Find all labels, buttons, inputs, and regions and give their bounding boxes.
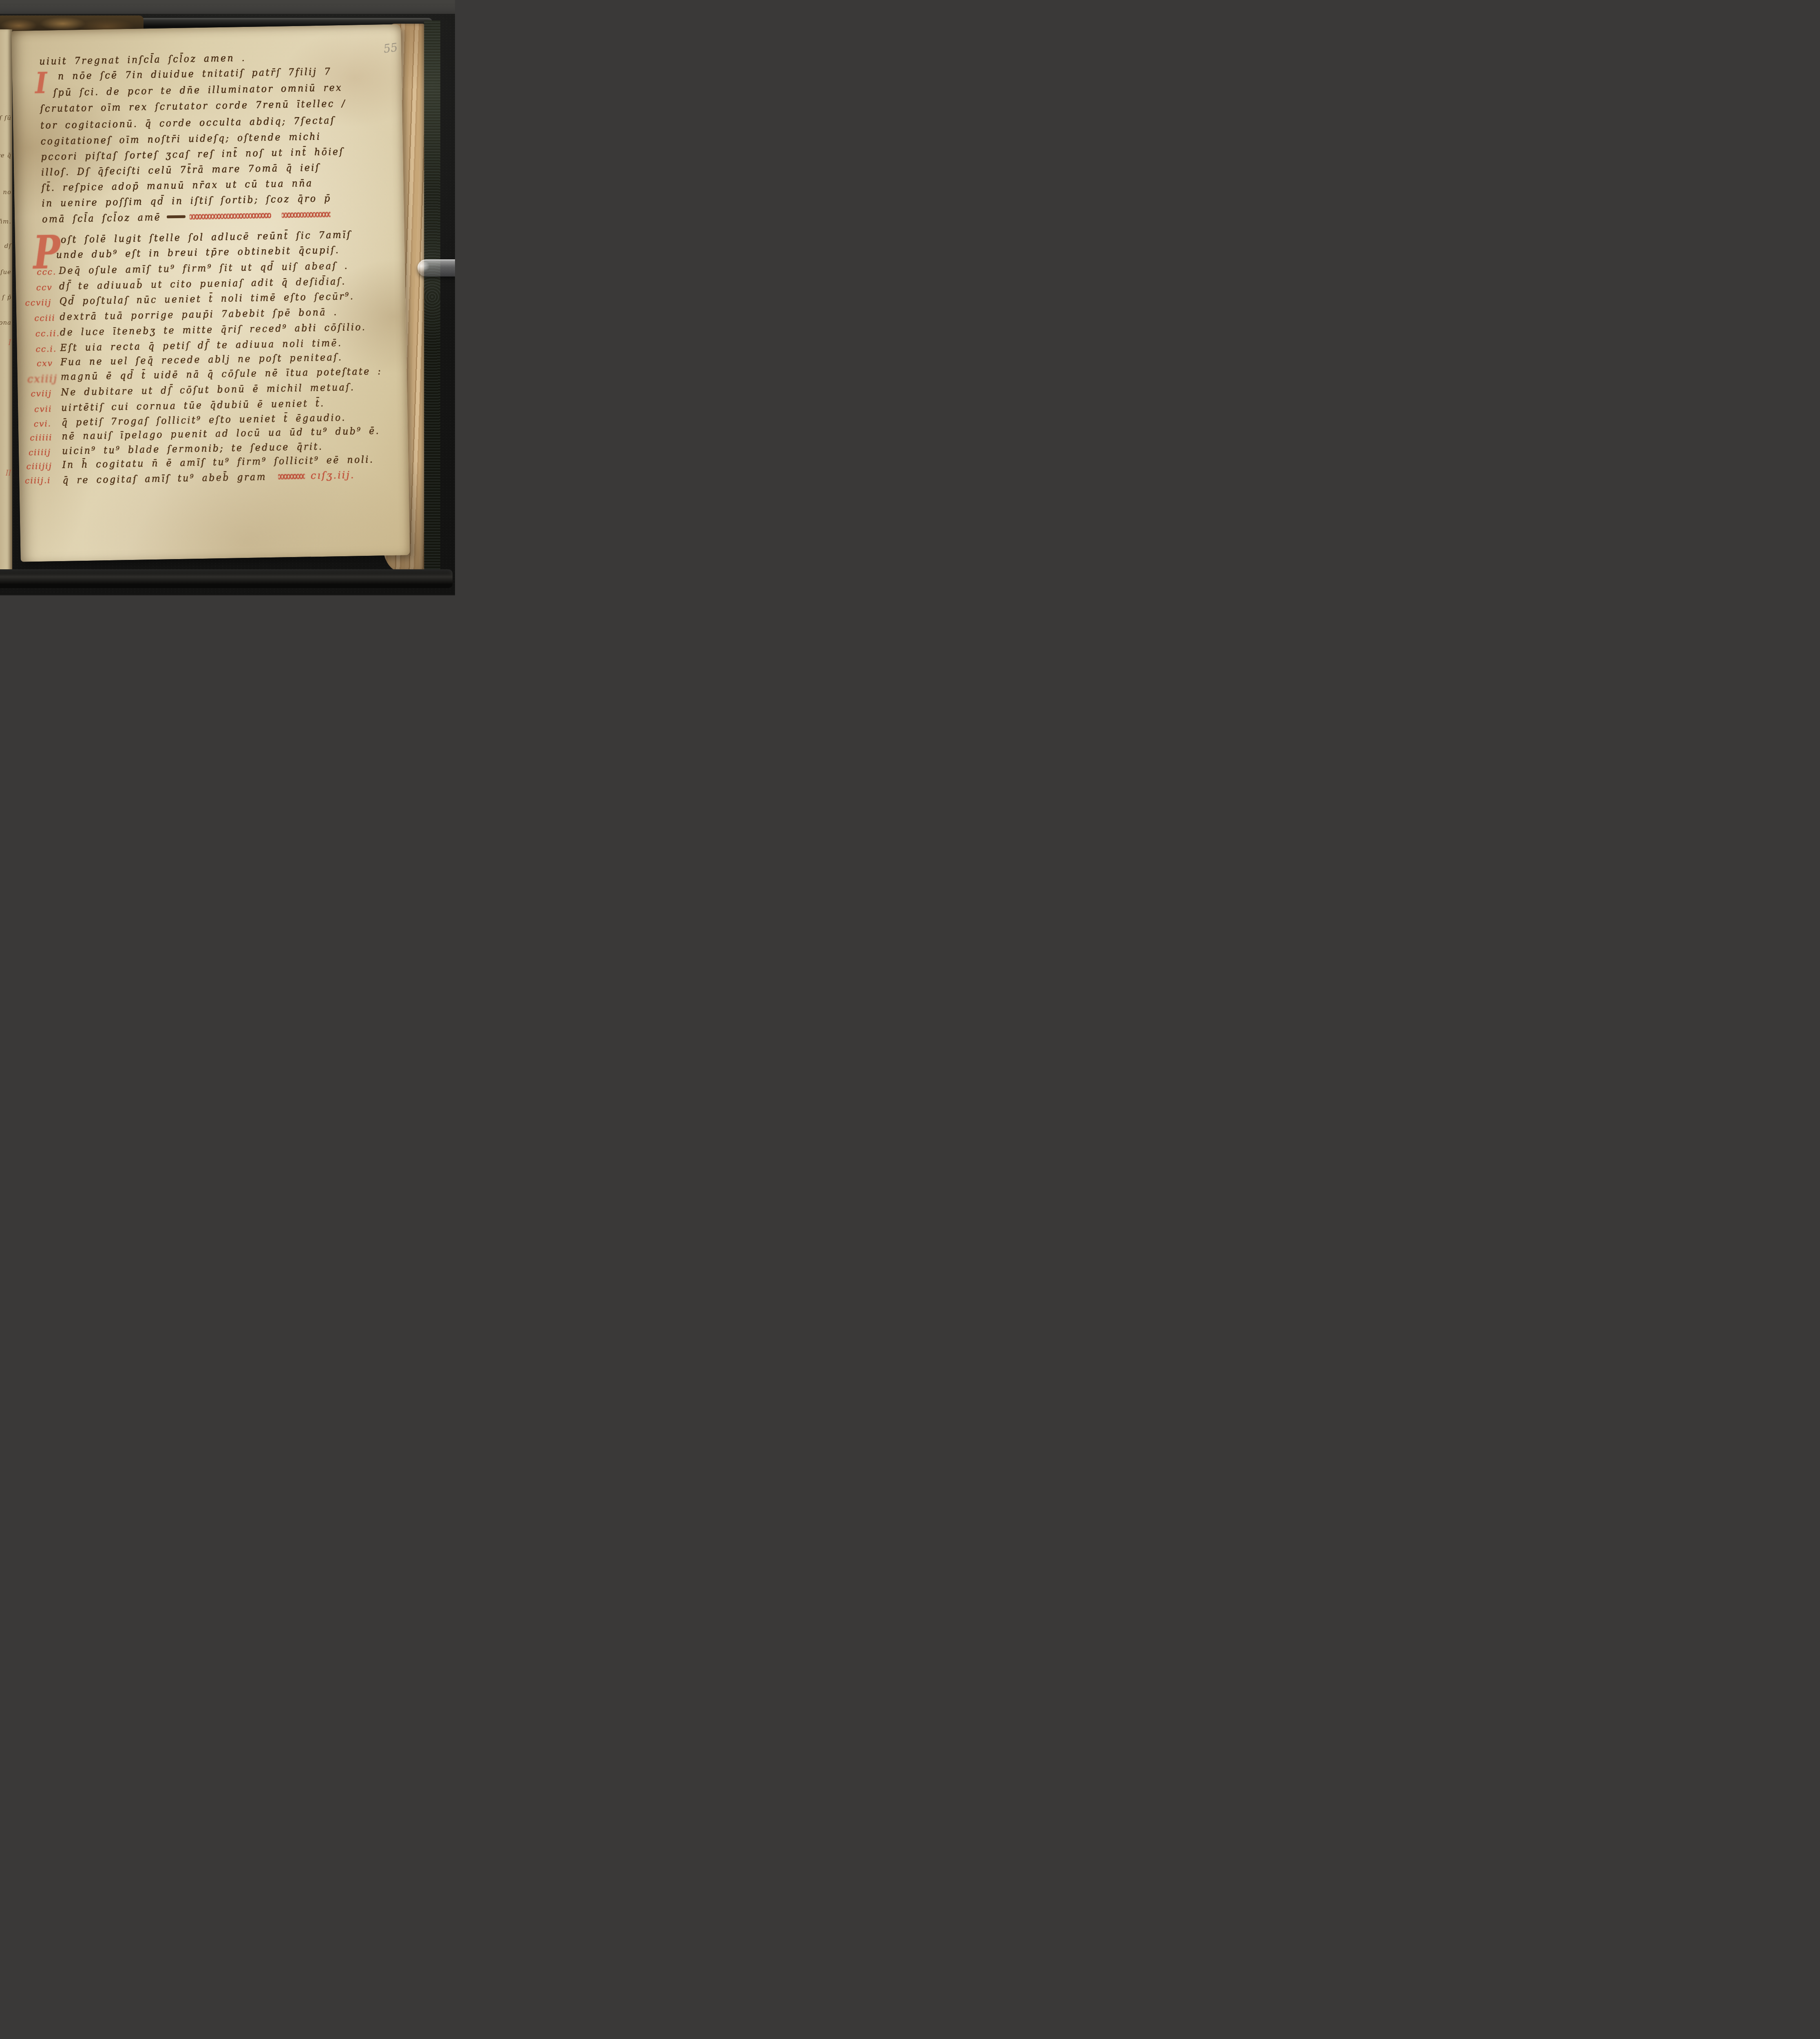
facing-page-text-fragment: ꟾꟾ bbox=[6, 470, 11, 477]
manuscript-text: uiuit 7regnat inſcl̄a ſcl̄oz amen . bbox=[39, 53, 246, 67]
rubric-margin-number: cviij bbox=[31, 388, 52, 398]
rubric-margin-number: ciiiii bbox=[30, 432, 53, 442]
cover-inner-edge bbox=[424, 20, 440, 573]
rubric-initial-I: I bbox=[35, 66, 47, 100]
parchment-page: 55 uiuit 7regnat inſcl̄a ſcl̄oz amen .n … bbox=[11, 24, 410, 562]
red-squiggle-filler bbox=[190, 213, 271, 219]
rubric-margin-number: cciii bbox=[34, 313, 55, 323]
facing-page-text-fragment: dapna bbox=[0, 319, 11, 326]
previous-page-sliver: oſ ſūre q̄e noat p̄dn̄m.dſioſueſ p̄dapna… bbox=[0, 29, 12, 573]
rubric-margin-number: cxv bbox=[37, 358, 53, 368]
rubric-margin-number: cvi. bbox=[34, 418, 52, 429]
facing-page-text-fragment: e no bbox=[0, 188, 11, 196]
facing-page-text-fragment: ſ p̄ bbox=[2, 294, 11, 301]
rubric-margin-number: cc.i. bbox=[35, 344, 57, 354]
manuscript-text: omā ſcl̄a ſcl̄oz amē bbox=[42, 212, 161, 225]
facing-page-text-fragment: ꟾ bbox=[9, 339, 11, 347]
manuscript-text: q̄ re cogitaſ amīſ tu⁹ abeb̄ gram bbox=[62, 471, 267, 486]
facing-page-text-fragment: at p̄dn̄m. bbox=[0, 218, 11, 225]
red-squiggle-filler bbox=[278, 474, 305, 480]
text-block: uiuit 7regnat inſcl̄a ſcl̄oz amen .n nōe… bbox=[11, 24, 410, 562]
rubric-margin-number: ciiiij bbox=[29, 447, 51, 457]
red-squiggle-filler bbox=[282, 212, 331, 218]
rubric-margin-number: ccv bbox=[36, 282, 53, 292]
rubric-margin-number: ciiij.i bbox=[25, 475, 51, 485]
rubric-margin-number: cc.ii. bbox=[35, 328, 60, 338]
facing-page-text-fragment: ioſue bbox=[0, 268, 11, 276]
rubric-margin-number: ciiijij bbox=[26, 461, 52, 471]
manuscript-photo: oſ ſūre q̄e noat p̄dn̄m.dſioſueſ p̄dapna… bbox=[0, 0, 455, 595]
translucent-book-weight bbox=[417, 259, 455, 276]
rubric-margin-number: ccviij bbox=[25, 297, 51, 307]
manuscript-text: oſt ſolē lugit ſtelle ſol adlucē reūnt̄ … bbox=[61, 230, 352, 245]
cover-bottom-edge bbox=[0, 569, 453, 588]
facing-page-text-fragment: oſ ſū bbox=[0, 114, 11, 122]
explicit-red-numeral: cıſʒ.iij. bbox=[311, 469, 355, 481]
facing-page-text-fragment: re q̄ bbox=[0, 152, 11, 159]
rubric-margin-number: cxiiij bbox=[27, 373, 58, 385]
rubric-initial-P: P bbox=[33, 225, 60, 279]
ink-line-filler bbox=[167, 215, 186, 219]
facing-page-text-fragment: dſ bbox=[4, 242, 11, 250]
rubric-margin-number: cvii bbox=[34, 404, 52, 414]
